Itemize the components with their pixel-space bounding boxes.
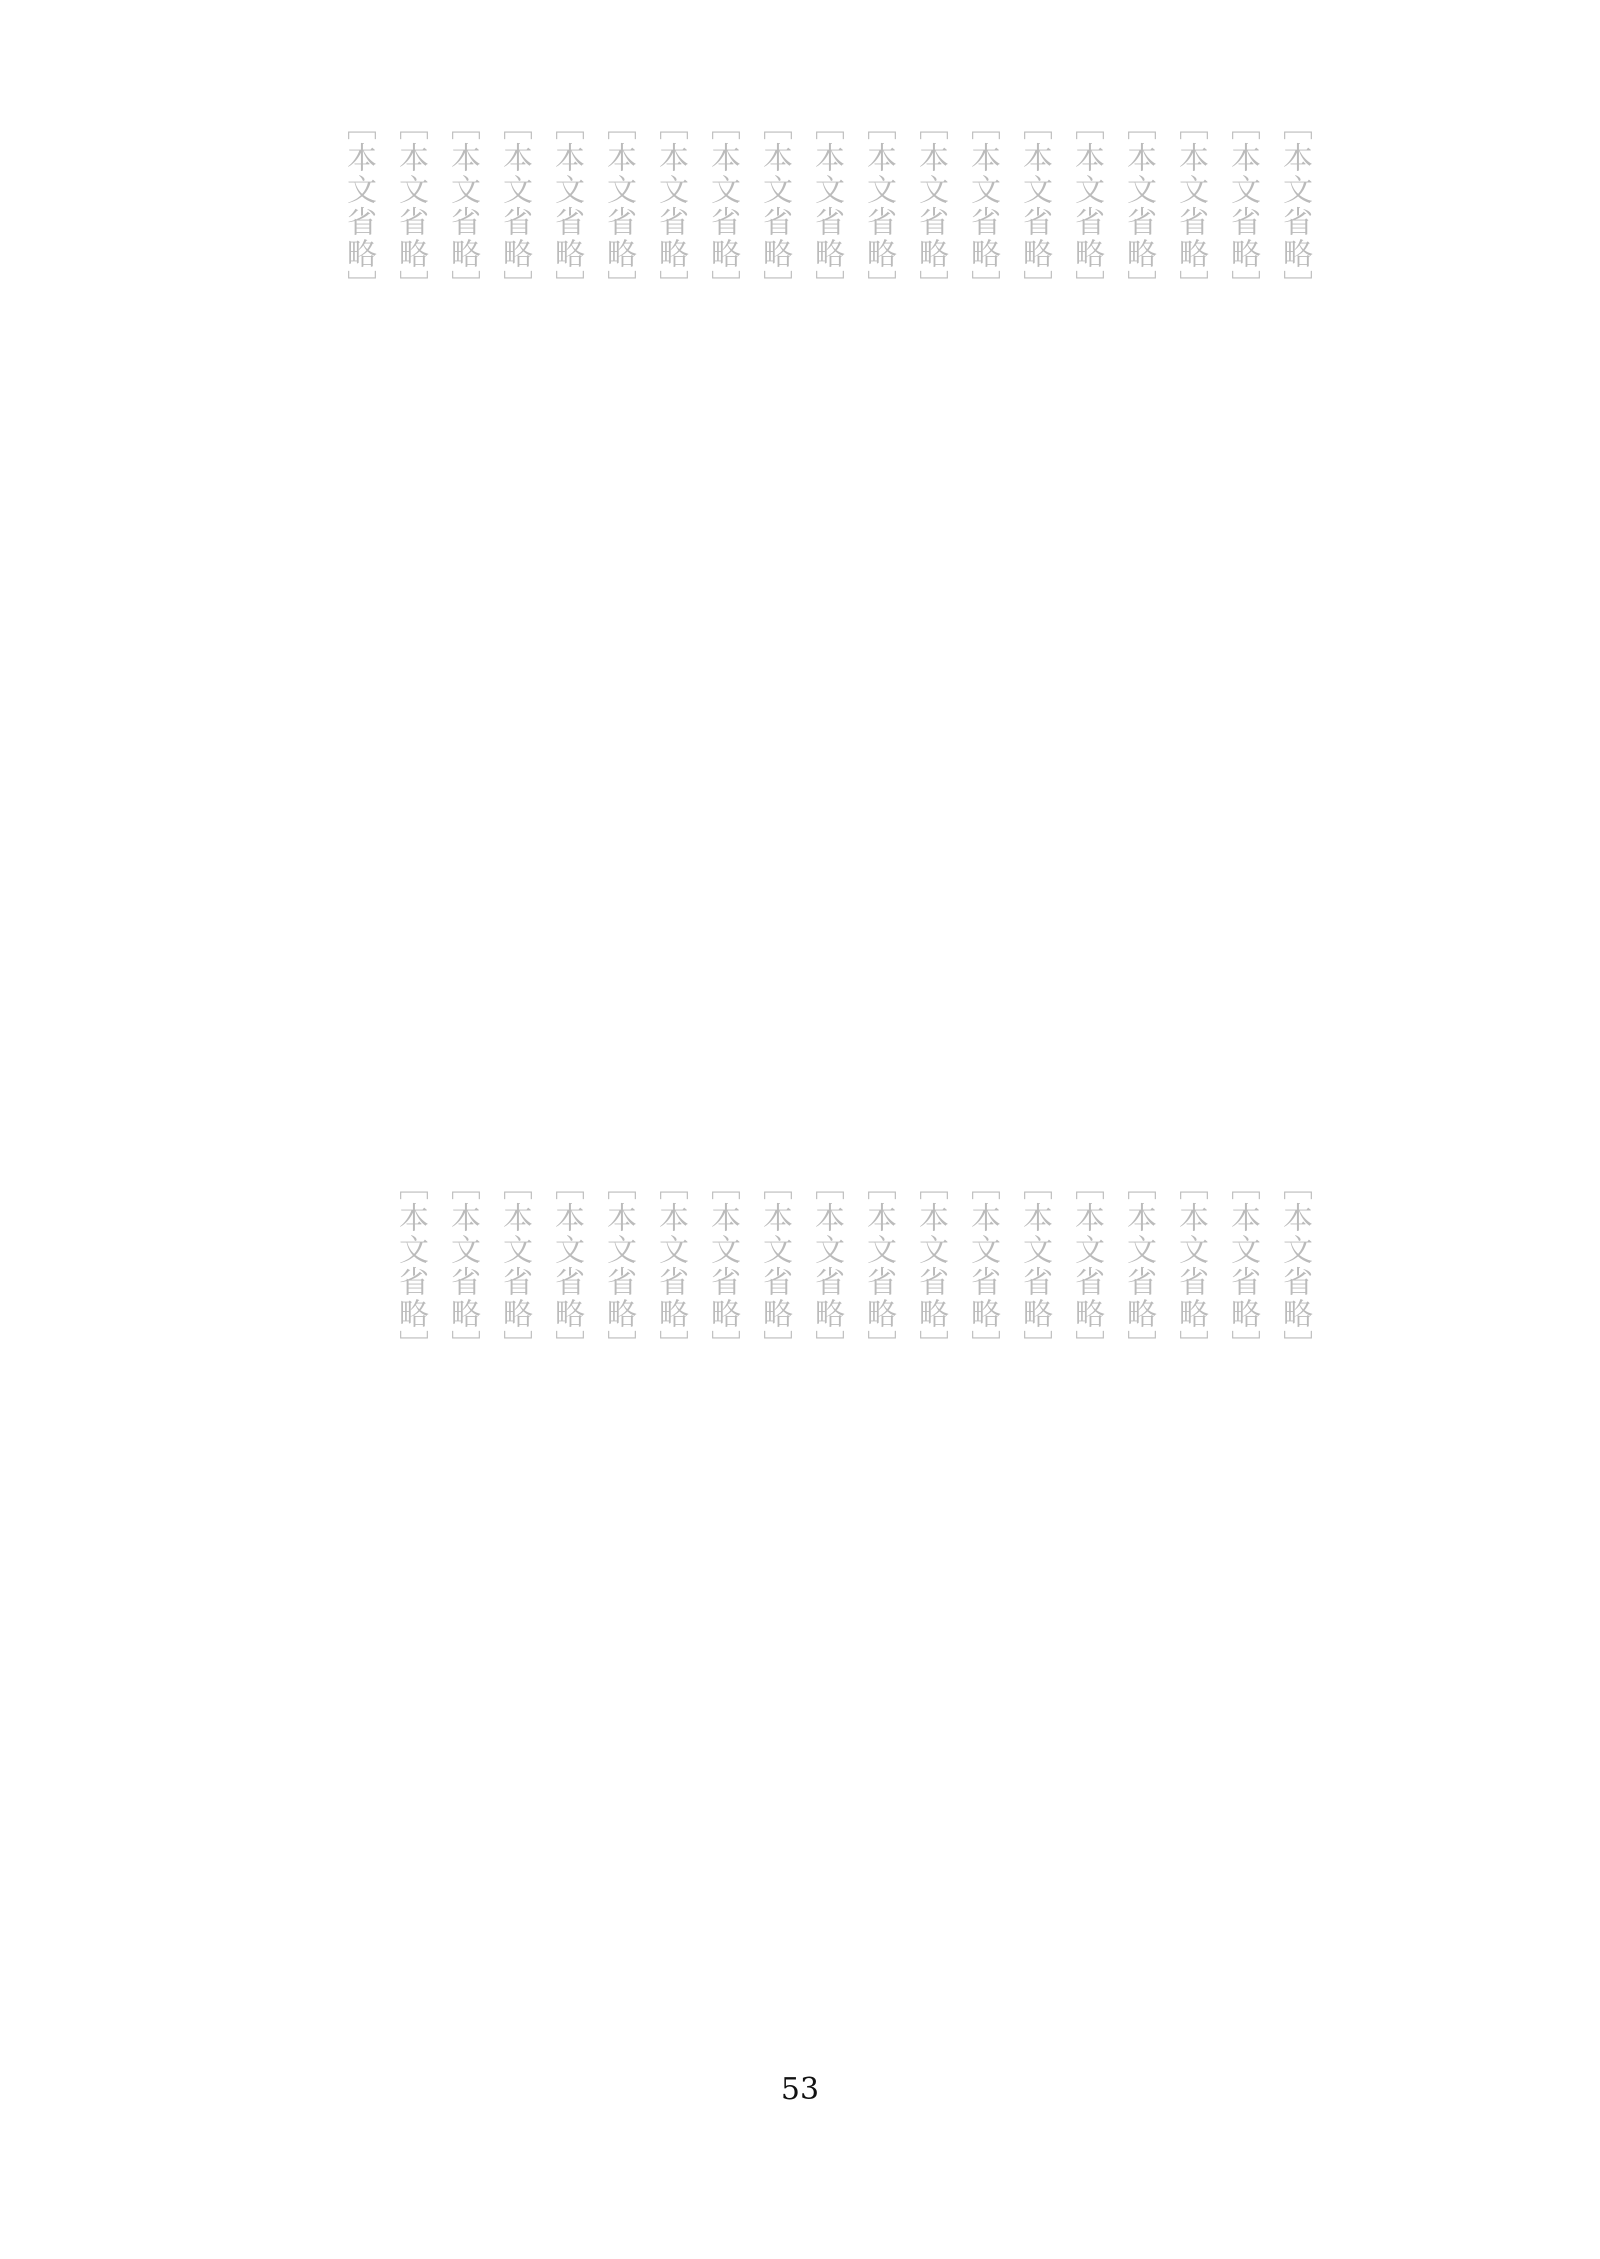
text-column: ［本文省略］ [644, 1170, 696, 2090]
text-block-top: ［本文省略］ ［本文省略］ ［本文省略］ ［本文省略］ ［本文省略］ ［本文省略… [270, 110, 1320, 1030]
text-column: ［本文省略］ [540, 1170, 592, 2090]
text-column: ［本文省略］ [436, 110, 488, 1030]
text-column: ［本文省略］ [956, 1170, 1008, 2090]
text-column: ［本文省略］ [1164, 1170, 1216, 2090]
text-column: ［本文省略］ [540, 110, 592, 1030]
text-column: ［本文省略］ [1060, 1170, 1112, 2090]
text-column: ［本文省略］ [904, 110, 956, 1030]
text-column: ［本文省略］ [1216, 1170, 1268, 2090]
page-number: 53 [0, 2072, 1600, 2107]
text-column: ［本文省略］ [904, 1170, 956, 2090]
text-block-bottom: ［本文省略］ ［本文省略］ ［本文省略］ ［本文省略］ ［本文省略］ ［本文省略… [270, 1170, 1320, 2090]
text-column: ［本文省略］ [748, 110, 800, 1030]
text-column: ［本文省略］ [1216, 110, 1268, 1030]
text-column: ［本文省略］ [800, 1170, 852, 2090]
text-column: ［本文省略］ [696, 1170, 748, 2090]
text-column: ［本文省略］ [956, 110, 1008, 1030]
text-column: ［本文省略］ [1060, 110, 1112, 1030]
text-column: ［本文省略］ [852, 1170, 904, 2090]
text-column: ［本文省略］ [332, 110, 384, 1030]
text-column: ［本文省略］ [592, 1170, 644, 2090]
text-column: ［本文省略］ [852, 110, 904, 1030]
text-column: ［本文省略］ [748, 1170, 800, 2090]
text-column: ［本文省略］ [384, 110, 436, 1030]
text-column: ［本文省略］ [1112, 1170, 1164, 2090]
text-column: ［本文省略］ [800, 110, 852, 1030]
text-column: ［本文省略］ [1268, 1170, 1320, 2090]
text-column: ［本文省略］ [488, 110, 540, 1030]
text-column: ［本文省略］ [1164, 110, 1216, 1030]
text-column: ［本文省略］ [1008, 110, 1060, 1030]
text-column: ［本文省略］ [644, 110, 696, 1030]
text-column: ［本文省略］ [1112, 110, 1164, 1030]
text-column: ［本文省略］ [384, 1170, 436, 2090]
text-column: ［本文省略］ [488, 1170, 540, 2090]
text-column: ［本文省略］ [1268, 110, 1320, 1030]
text-column: ［本文省略］ [696, 110, 748, 1030]
text-column: ［本文省略］ [436, 1170, 488, 2090]
text-column: ［本文省略］ [1008, 1170, 1060, 2090]
text-column: ［本文省略］ [592, 110, 644, 1030]
